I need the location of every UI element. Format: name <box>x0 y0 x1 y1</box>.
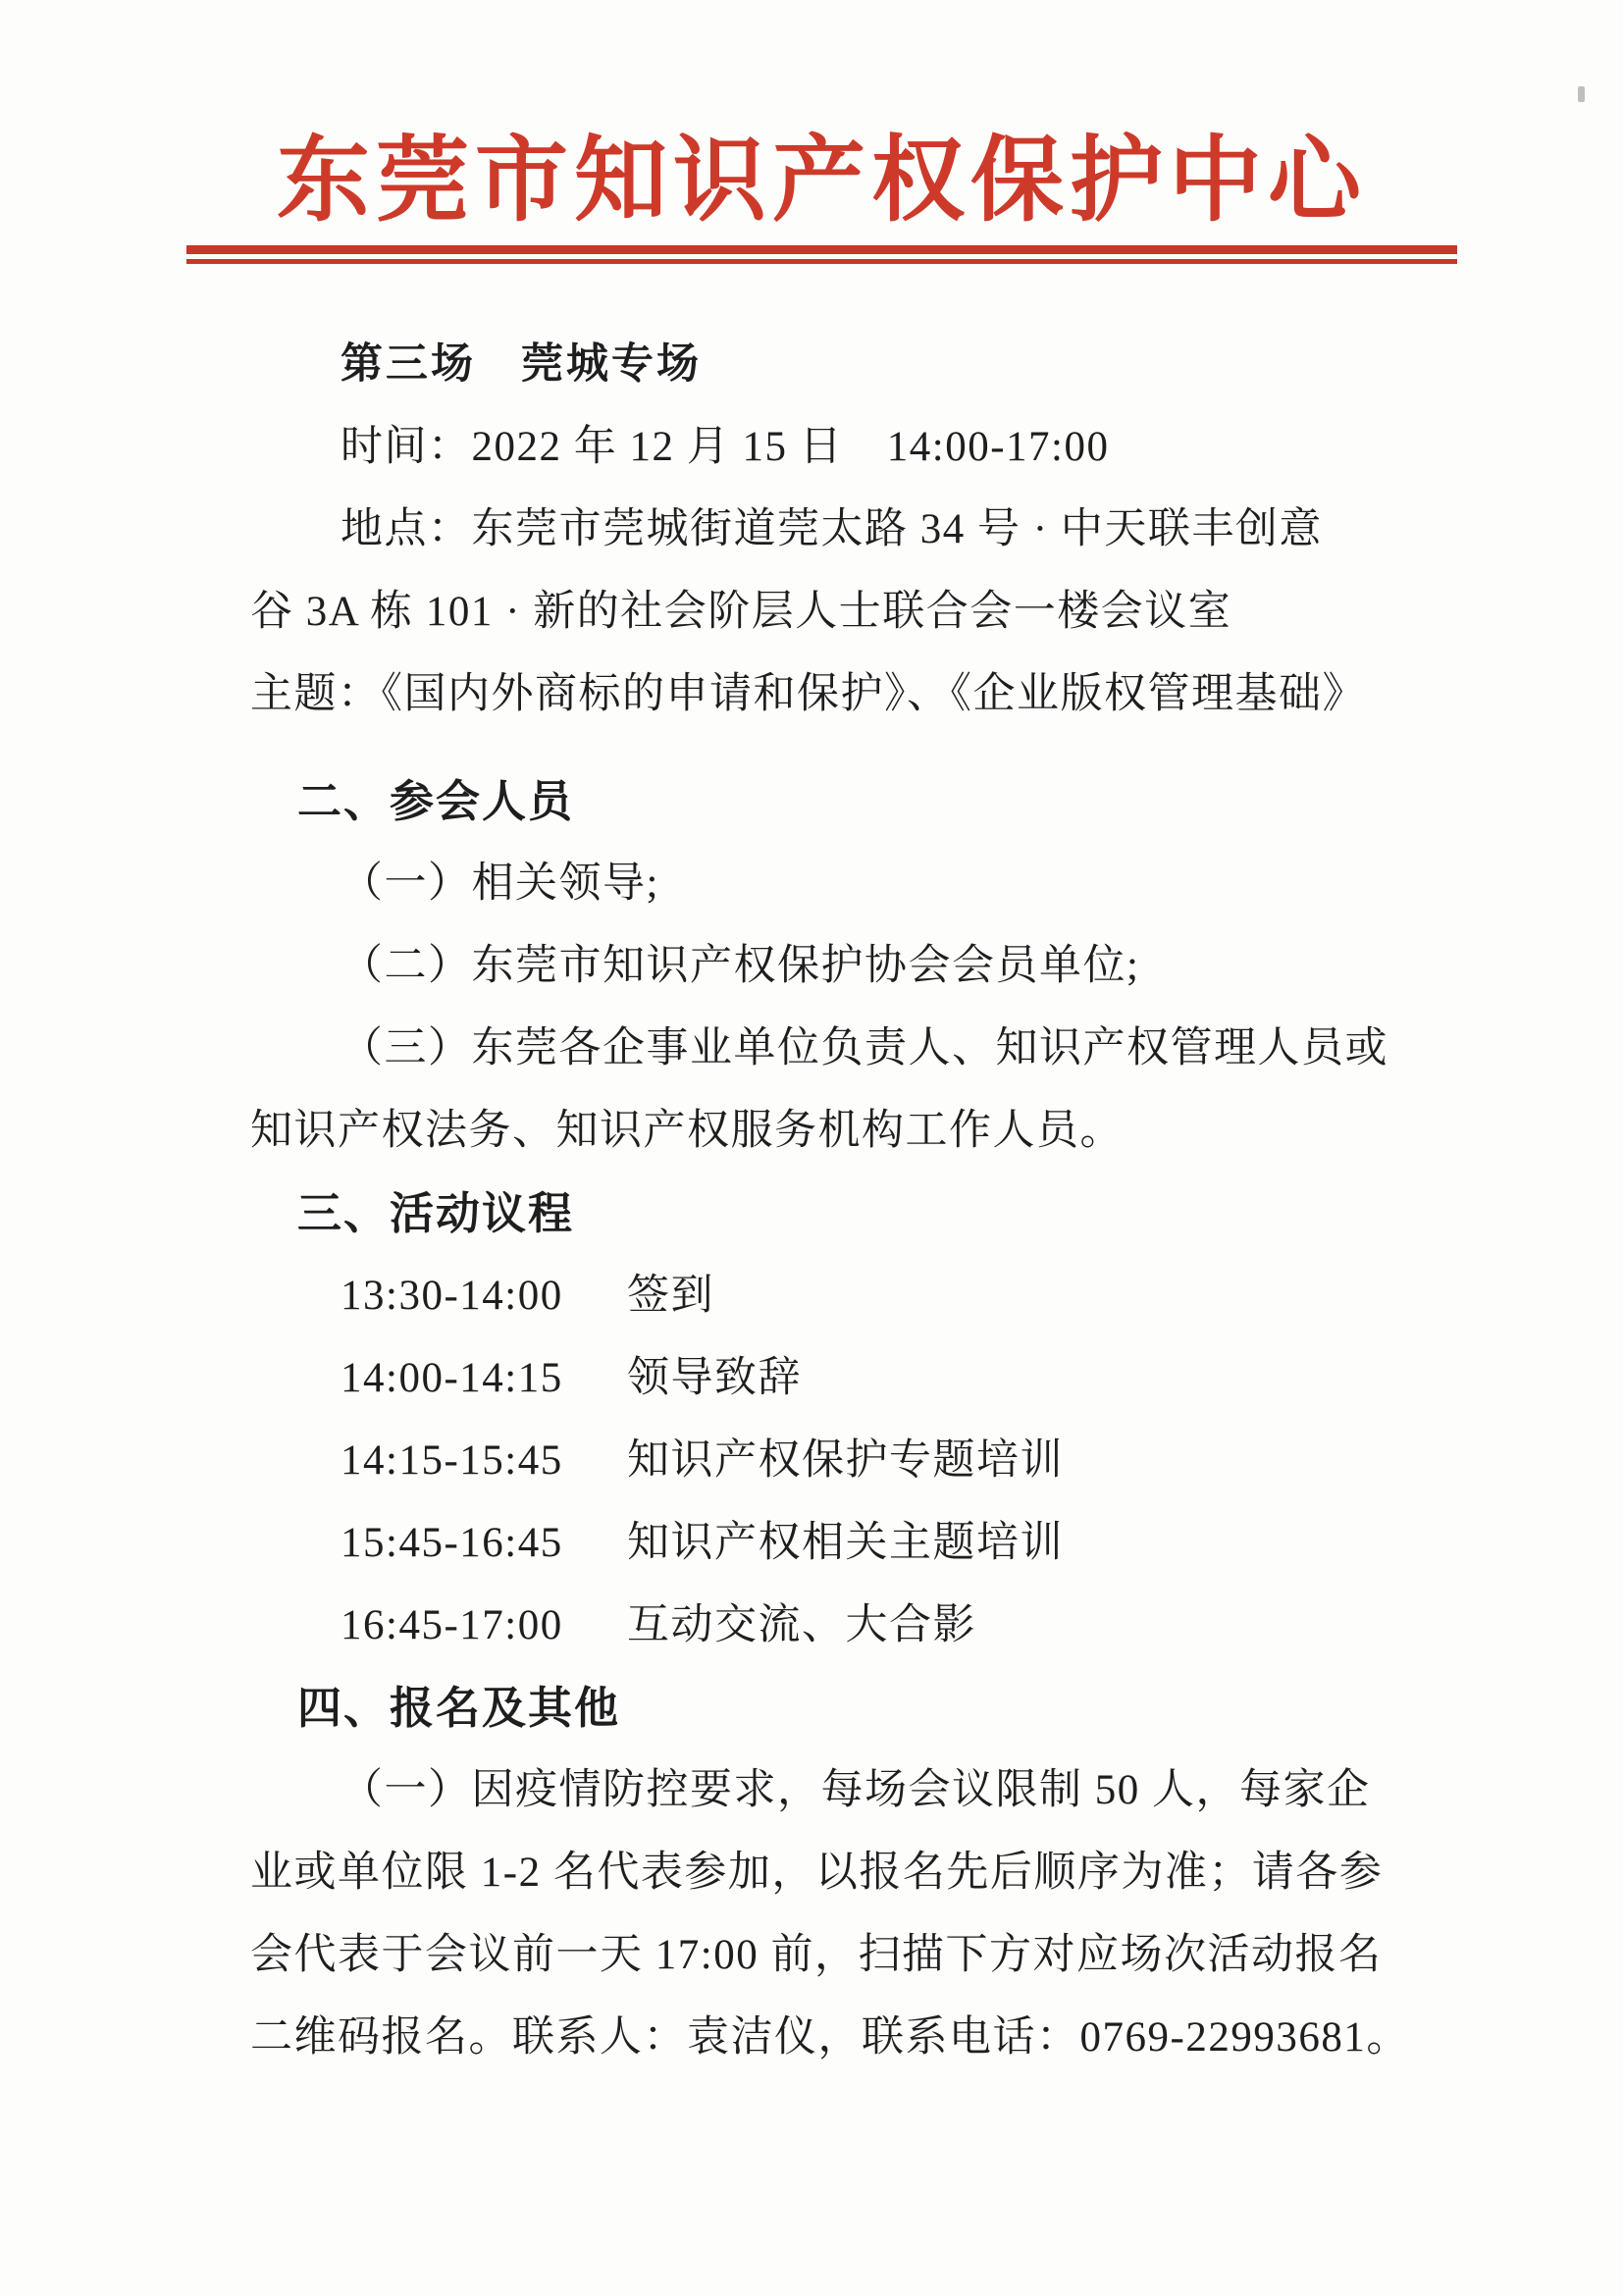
agenda-time: 14:00-14:15 <box>340 1337 627 1420</box>
agenda-time: 14:15-15:45 <box>340 1420 627 1502</box>
scan-artifact <box>1578 86 1585 102</box>
session-location-line-2: 谷 3A 栋 101 · 新的社会阶层人士联合会一楼会议室 <box>250 571 1472 653</box>
session-topic-line: 主题：《国内外商标的申请和保护》、《企业版权管理基础》 <box>250 653 1472 736</box>
session-heading: 第三场 莞城专场 <box>250 324 1472 406</box>
agenda-activity: 签到 <box>627 1273 714 1319</box>
section-agenda-heading: 三、活动议程 <box>250 1173 1472 1255</box>
registration-line-1: （一）因疫情防控要求，每场会议限制 50 人，每家企 <box>250 1749 1472 1832</box>
participants-item-3-line-2: 知识产权法务、知识产权服务机构工作人员。 <box>250 1090 1472 1173</box>
agenda-activity: 互动交流、大合影 <box>627 1602 976 1648</box>
agenda-activity: 知识产权相关主题培训 <box>627 1520 1064 1566</box>
scanned-document-page: 东莞市知识产权保护中心 第三场 莞城专场 时间：2022 年 12 月 15 日… <box>0 0 1623 2296</box>
agenda-row: 13:30-14:00签到 <box>250 1255 1472 1337</box>
agenda-activity: 领导致辞 <box>627 1355 802 1401</box>
session-time-line: 时间：2022 年 12 月 15 日 14:00-17:00 <box>250 406 1472 489</box>
agenda-time: 13:30-14:00 <box>340 1255 627 1337</box>
letterhead-rule-thin <box>186 259 1457 264</box>
agenda-activity: 知识产权保护专题培训 <box>627 1437 1064 1484</box>
registration-line-3: 会代表于会议前一天 17:00 前，扫描下方对应场次活动报名 <box>250 1914 1472 1997</box>
registration-line-2: 业或单位限 1-2 名代表参加，以报名先后顺序为准；请各参 <box>250 1832 1472 1914</box>
agenda-row: 15:45-16:45知识产权相关主题培训 <box>250 1502 1472 1585</box>
participants-item-2: （二）东莞市知识产权保护协会会员单位; <box>250 925 1472 1008</box>
agenda-row: 16:45-17:00互动交流、大合影 <box>250 1585 1472 1667</box>
agenda-row: 14:15-15:45知识产权保护专题培训 <box>250 1420 1472 1502</box>
letterhead-title: 东莞市知识产权保护中心 <box>186 126 1457 235</box>
section-registration-heading: 四、报名及其他 <box>250 1667 1472 1749</box>
agenda-row: 14:00-14:15领导致辞 <box>250 1337 1472 1420</box>
participants-item-1: （一）相关领导; <box>250 843 1472 925</box>
agenda-time: 16:45-17:00 <box>340 1585 627 1667</box>
letterhead-rule-thick <box>186 245 1457 254</box>
participants-item-3-line-1: （三）东莞各企事业单位负责人、知识产权管理人员或 <box>250 1008 1472 1090</box>
session-location-line-1: 地点：东莞市莞城街道莞太路 34 号 · 中天联丰创意 <box>250 489 1472 571</box>
agenda-time: 15:45-16:45 <box>340 1502 627 1585</box>
section-participants-heading: 二、参会人员 <box>250 760 1472 843</box>
document-body: 第三场 莞城专场 时间：2022 年 12 月 15 日 14:00-17:00… <box>250 324 1472 2079</box>
registration-line-4: 二维码报名。联系人：袁洁仪，联系电话：0769-22993681。 <box>250 1997 1472 2079</box>
